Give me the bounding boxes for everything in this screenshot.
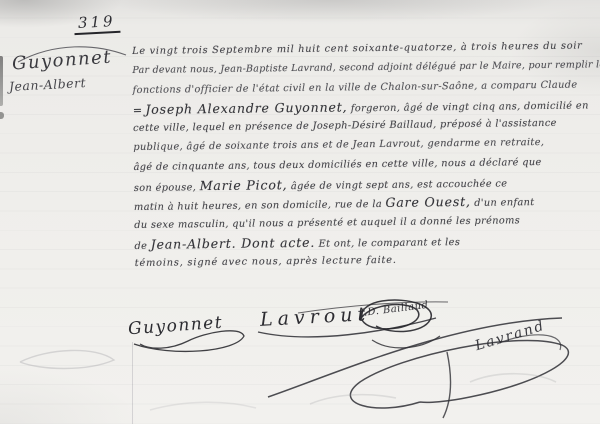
signature-lavrout: Lavrout xyxy=(259,303,370,331)
signature-baillaud-tail xyxy=(372,336,440,348)
scan-edge-mark xyxy=(0,112,4,119)
margin-given-name: Jean-Albert xyxy=(9,75,87,94)
declarant-name-text: Joseph Alexandre Guyonnet, xyxy=(145,99,347,116)
act-line-9-pre: matin à huit heures, en son domicile, ru… xyxy=(134,199,386,213)
bleedthrough-script-1 xyxy=(310,395,396,404)
bleedthrough-script-2 xyxy=(470,374,556,382)
act-line-11-rest: Et ont, le comparant et les xyxy=(315,237,460,250)
official-paraph-downstroke xyxy=(443,352,450,418)
line-start-marker: = xyxy=(133,104,143,117)
act-line-8-rest: âgée de vingt sept ans, est accouchée ce xyxy=(287,179,507,193)
act-line-11-pre: de xyxy=(134,241,150,252)
child-name-text: Jean-Albert. Dont acte. xyxy=(151,235,316,252)
bleedthrough-oval-mark xyxy=(20,350,114,368)
signature-guyonnet: Guyonnet xyxy=(127,313,223,340)
registry-scan-page: 319 Guyonnet Jean-Albert Le vingt trois … xyxy=(0,0,600,424)
bleedthrough-script-3 xyxy=(150,402,256,410)
margin-surname: Guyonnet xyxy=(11,47,112,75)
mother-name-text: Marie Picot, xyxy=(200,177,288,193)
official-paraph-loop xyxy=(350,340,568,408)
scan-edge-streak xyxy=(0,56,3,106)
act-line-8-pre: son épouse, xyxy=(134,182,200,194)
act-number: 319 xyxy=(73,12,120,35)
margin-fold-line xyxy=(132,342,133,424)
signature-baillaud: J.D. Baillaud xyxy=(360,300,429,319)
signature-official: Lavrand xyxy=(473,318,547,355)
street-name-text: Gare Ouest, xyxy=(385,194,470,210)
act-body-text: Le vingt trois Septembre mil huit cent s… xyxy=(132,36,600,273)
act-line-4-rest: forgeron, âgé de vingt cinq ans, domicil… xyxy=(347,100,588,114)
act-line-9-rest: d'un enfant xyxy=(471,197,535,209)
